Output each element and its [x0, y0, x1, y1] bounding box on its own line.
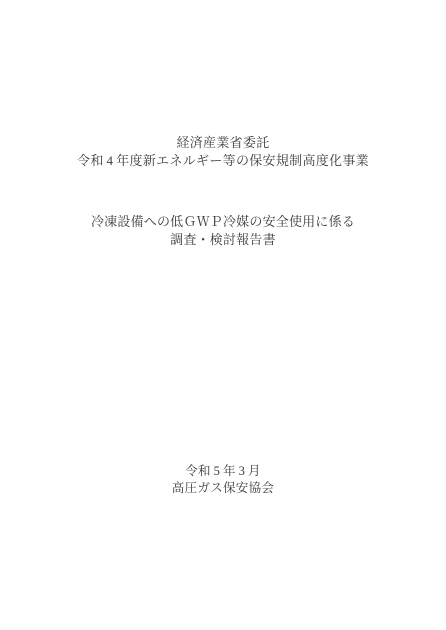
report-cover-page: 経済産業省委託 令和 4 年度新エネルギー等の保安規制高度化事業 冷凍設備への低…	[0, 0, 446, 630]
program-line: 令和 4 年度新エネルギー等の保安規制高度化事業	[0, 152, 446, 170]
commission-line: 経済産業省委託	[0, 134, 446, 152]
commission-block: 経済産業省委託 令和 4 年度新エネルギー等の保安規制高度化事業	[0, 134, 446, 170]
report-title-line1: 冷凍設備への低ＧＷＰ冷媒の安全使用に係る	[0, 213, 446, 231]
publication-block: 令和 5 年 3 月 高圧ガス保安協会	[0, 463, 446, 497]
publication-date: 令和 5 年 3 月	[0, 463, 446, 480]
report-title-block: 冷凍設備への低ＧＷＰ冷媒の安全使用に係る 調査・検討報告書	[0, 213, 446, 249]
report-title-line2: 調査・検討報告書	[0, 231, 446, 249]
publisher-name: 高圧ガス保安協会	[0, 480, 446, 497]
